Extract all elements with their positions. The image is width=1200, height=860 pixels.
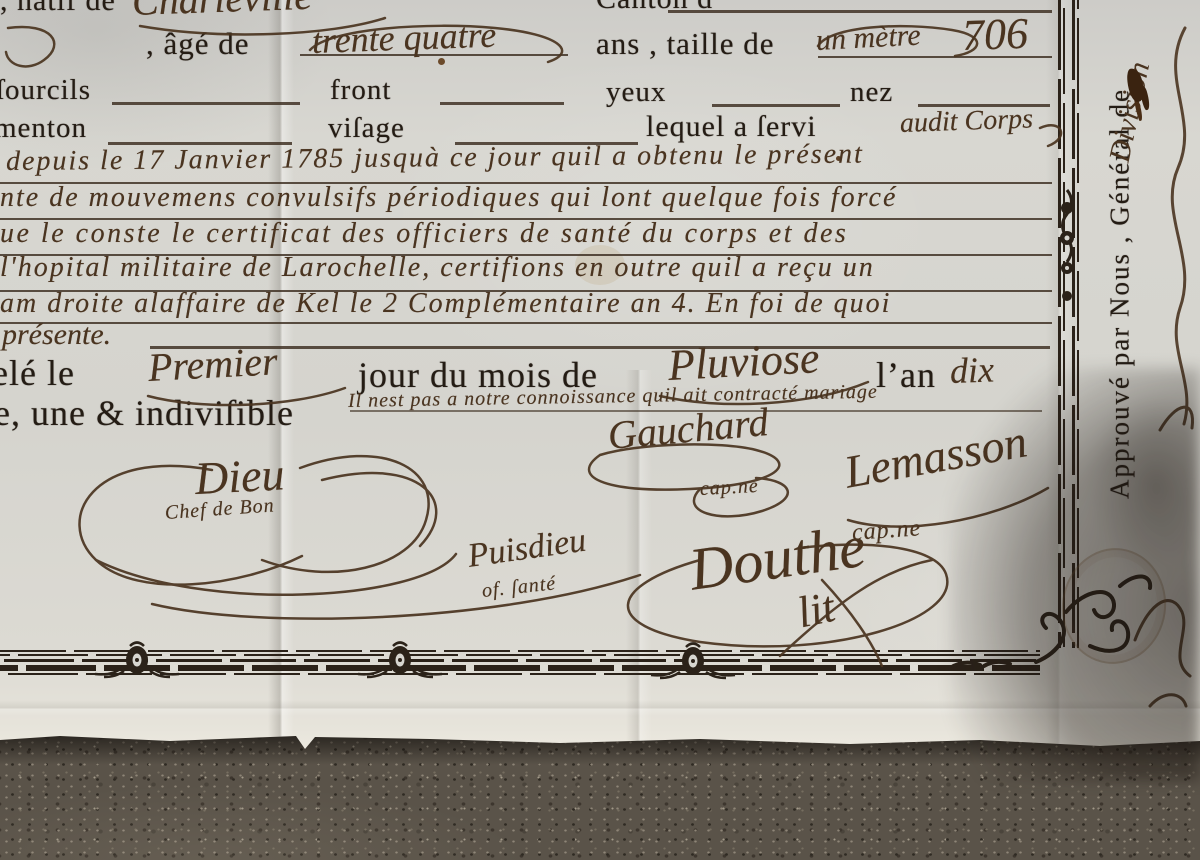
signature-gauchard-title: cap.ne xyxy=(699,475,759,501)
bottom-border-line xyxy=(0,665,1040,671)
bottom-border-line xyxy=(0,654,1040,656)
sunlit-ground-patch xyxy=(0,760,700,860)
body-line: nte de mouvemens convulsifs périodiques … xyxy=(0,182,897,214)
blank-rule xyxy=(712,104,840,107)
ink-speck xyxy=(438,58,445,65)
bottom-border-line xyxy=(0,659,1040,662)
handwriting-height-number: 706 xyxy=(961,8,1029,61)
sourcils-label: ſourcils xyxy=(0,74,91,107)
issue-prefix: elé le xyxy=(0,352,75,394)
bottom-border-line xyxy=(0,650,1040,652)
republic-fragment: e, une & indiviſible xyxy=(0,392,294,434)
bottom-border-line xyxy=(0,673,1040,675)
nez-label: nez xyxy=(850,76,893,109)
handwriting-issue-day: Premier xyxy=(147,337,279,391)
menton-label: menton xyxy=(0,112,87,145)
yeux-label: yeux xyxy=(606,76,666,109)
handwriting-age: trente quatre xyxy=(311,14,497,62)
height-label: ans , taille de xyxy=(596,26,775,62)
age-label: , âgé de xyxy=(146,26,250,62)
visage-label: viſage xyxy=(328,112,405,145)
closing-rule xyxy=(150,346,1050,349)
photo-of-document: , natif de Canton d’ , âgé de ans , tail… xyxy=(0,0,1200,860)
body-line: am droite alaffaire de Kel le 2 Compléme… xyxy=(0,288,891,320)
body-line: présente. xyxy=(2,318,111,352)
canton-label: Canton d’ xyxy=(596,0,724,16)
front-label: front xyxy=(330,74,391,107)
blank-rule xyxy=(0,322,1052,324)
photographer-shadow xyxy=(950,368,1200,780)
body-line: ue le conste le certificat des officiers… xyxy=(0,218,848,250)
issue-year-label: l’an xyxy=(876,354,936,396)
handwriting-height-words: un mètre xyxy=(815,19,921,58)
blank-rule xyxy=(440,102,564,105)
body-line: l'hopital militaire de Larochelle, certi… xyxy=(0,252,875,284)
natif-label: , natif de xyxy=(0,0,116,18)
handwriting-servi: audit Corps xyxy=(899,103,1033,140)
blank-rule xyxy=(112,102,300,105)
